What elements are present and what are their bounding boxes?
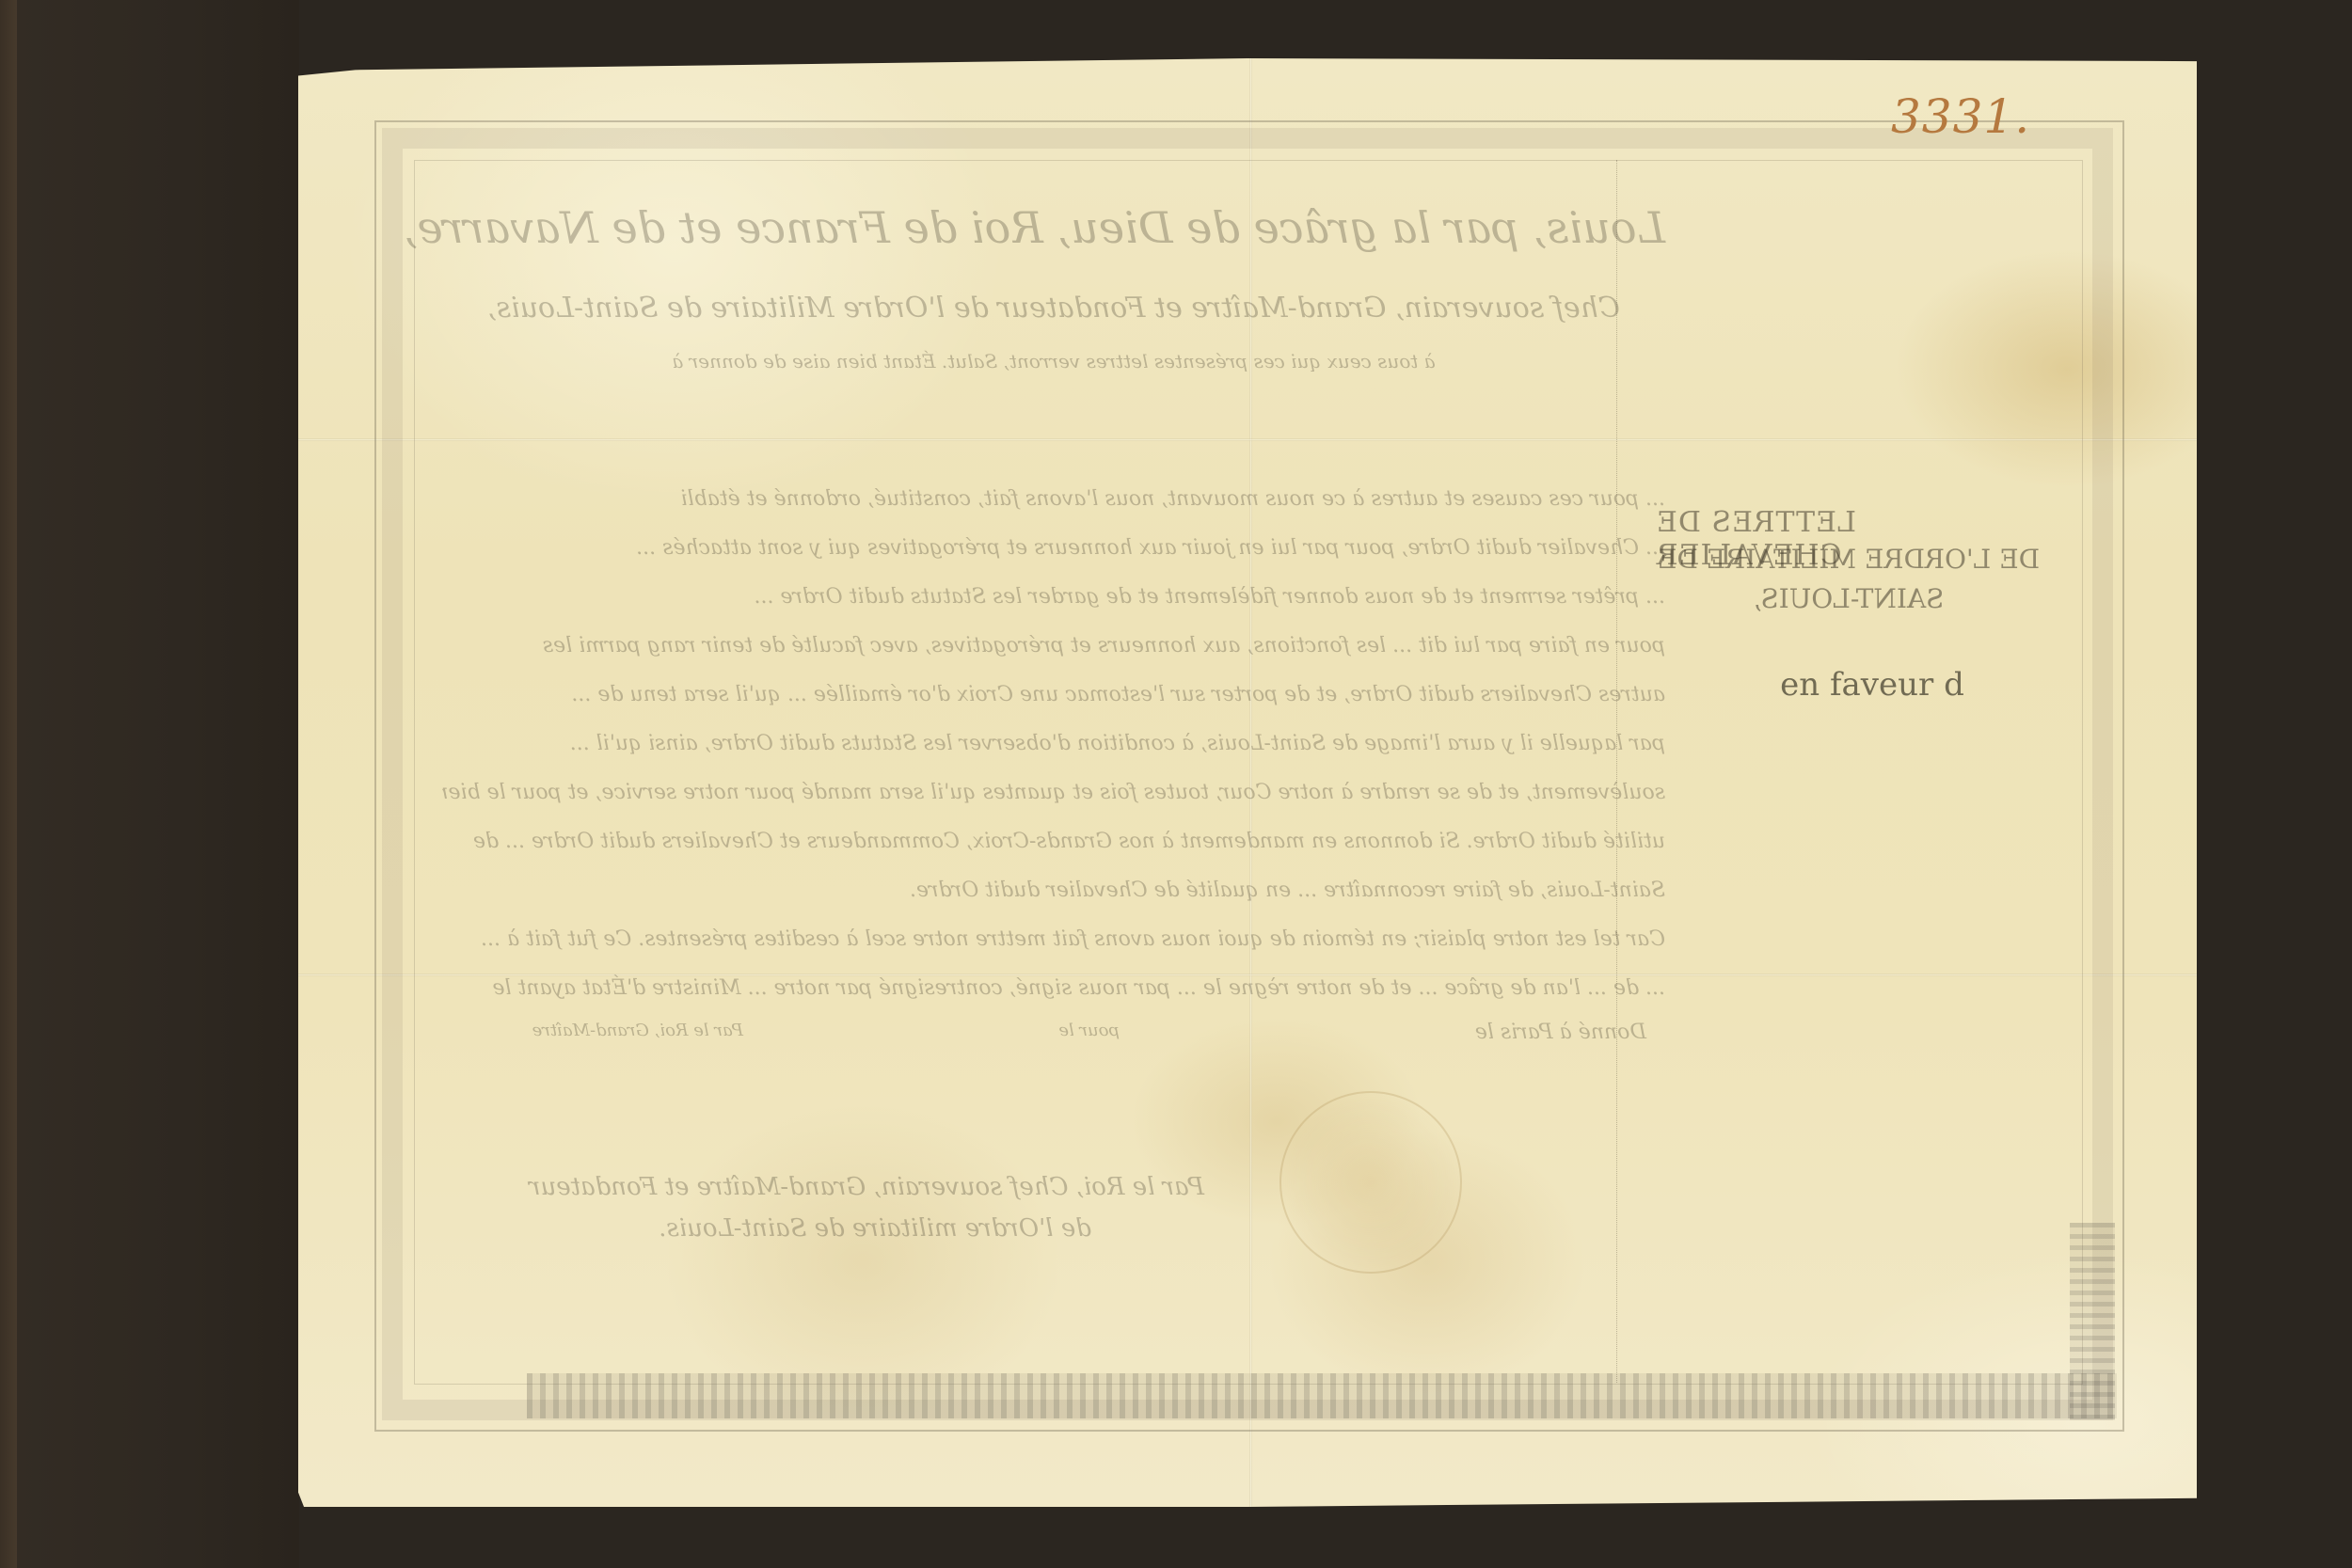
body-line: ... pour ces causes et autres à ce nous … bbox=[442, 475, 1665, 524]
body-line: utilité dudit Ordre. Si donnons en mande… bbox=[442, 817, 1665, 866]
endorsement-in-favor-of: en faveur d bbox=[1731, 666, 2013, 704]
seal-impression bbox=[1279, 1091, 1462, 1274]
body-line: Car tel est notre plaisir; en témoin de … bbox=[442, 915, 1665, 964]
endorsement-line-2: DE L'ORDRE MILITAIRE DE bbox=[1656, 544, 2042, 575]
endorsement-line-3: SAINT-LOUIS, bbox=[1656, 583, 2042, 614]
body-line: Saint-Louis, de faire reconnaître ... en… bbox=[442, 866, 1665, 915]
showthrough-body: ... pour ces causes et autres à ce nous … bbox=[442, 475, 1665, 1013]
body-line: par laquelle il y aura l'image de Saint-… bbox=[442, 720, 1665, 768]
body-line: ... prêter serment et de nous donner fid… bbox=[442, 573, 1665, 622]
body-line: soulèvement, et de se rendre à notre Cou… bbox=[442, 768, 1665, 817]
body-line: autres Chevaliers dudit Ordre, et de por… bbox=[442, 671, 1665, 720]
showthrough-salutation: à tous ceux qui ces présentes lettres ve… bbox=[442, 350, 1665, 372]
showthrough-grand-master-block: Par le Roi, Chef souverain, Grand-Maître… bbox=[546, 1166, 1204, 1249]
body-line: pour en faire par lui dit ... les foncti… bbox=[442, 622, 1665, 671]
showthrough-title-line: Chef souverain, Grand-Maître et Fondateu… bbox=[442, 292, 1665, 325]
grand-master-line: Par le Roi, Chef souverain, Grand-Maître… bbox=[546, 1166, 1204, 1208]
grand-master-line: de l'Ordre militaire de Saint-Louis. bbox=[546, 1208, 1204, 1249]
inventory-number: 3331. bbox=[1891, 89, 2030, 144]
body-line: ... de ... l'an de grâce ... et de notre… bbox=[442, 964, 1665, 1013]
signature-left: Par le Roi, Grand-Maître bbox=[532, 1021, 743, 1040]
dark-backing-board bbox=[17, 0, 299, 1568]
showthrough-heading: Louis, par la grâce de Dieu, Roi de Fran… bbox=[442, 202, 1665, 253]
body-line: ... Chevalier dudit Ordre, pour par lui … bbox=[442, 524, 1665, 573]
signature-middle: pour le bbox=[1058, 1021, 1120, 1040]
signature-right: Donné à Paris le bbox=[1475, 1021, 1646, 1044]
